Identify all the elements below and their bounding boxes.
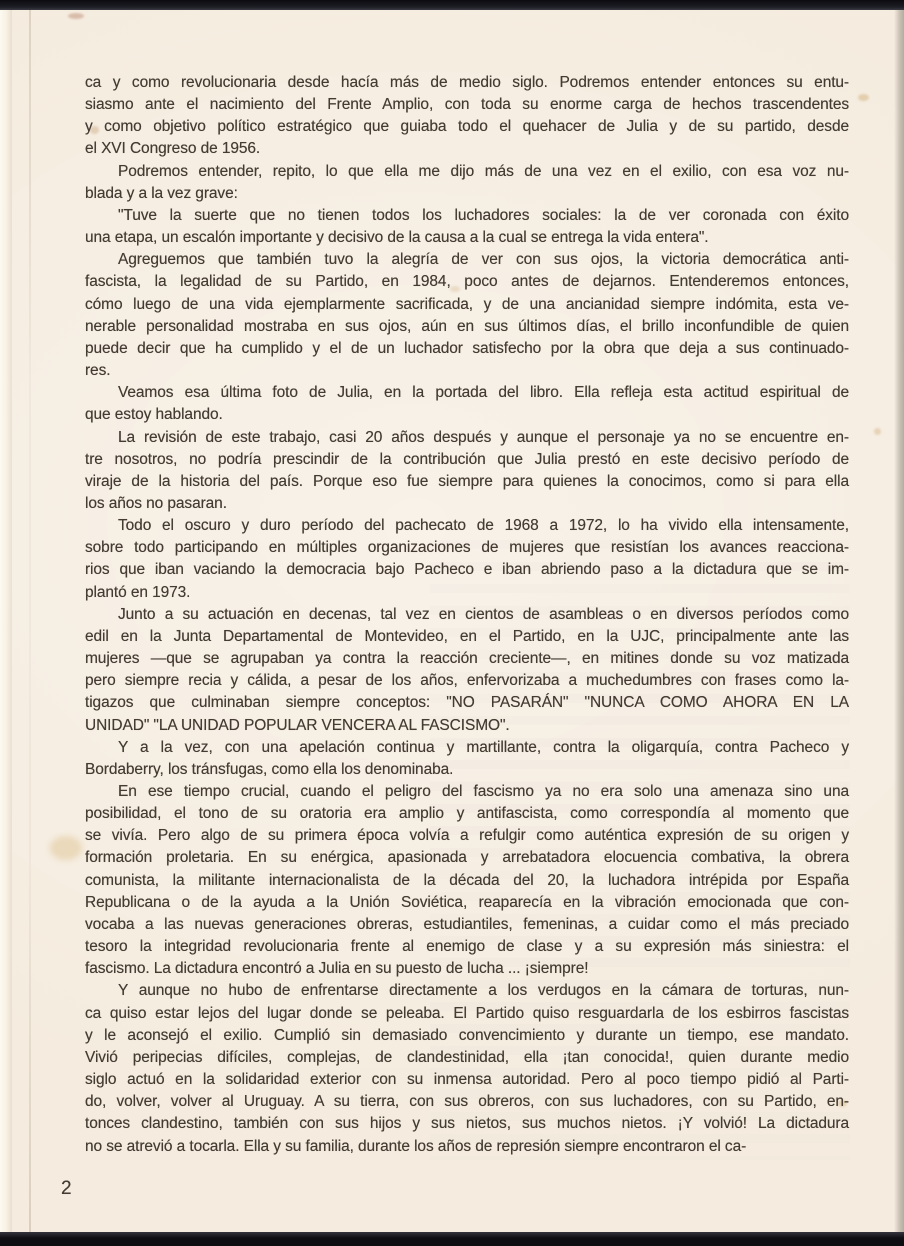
body-text: ca y como revolucionaria desde hacía más… (85, 72, 849, 1158)
page-number: 2 (61, 1178, 72, 1200)
text-line: no se atrevió a tocarla. Ella y su famil… (85, 1136, 849, 1158)
text-line: fascismo. La dictadura encontró a Julia … (85, 958, 849, 980)
text-line: formación proletaria. En su enérgica, ap… (85, 847, 849, 869)
text-line: siasmo ante el nacimiento del Frente Amp… (85, 94, 849, 116)
text-line: tonces clandestino, también con sus hijo… (85, 1113, 849, 1135)
text-line: plantó en 1973. (85, 582, 849, 604)
text-line: sobre todo participando en múltiples org… (85, 537, 849, 559)
stain (50, 836, 82, 860)
text-line: La revisión de este trabajo, casi 20 año… (85, 427, 849, 449)
text-line: blada y a la vez grave: (85, 183, 849, 205)
paragraph: En ese tiempo crucial, cuando el peligro… (85, 781, 849, 980)
text-line: Vivió peripecias difíciles, complejas, d… (85, 1047, 849, 1069)
paragraph: Y aunque no hubo de enfrentarse directam… (85, 980, 849, 1157)
text-line: posibilidad, el tono de su oratoria era … (85, 803, 849, 825)
paragraph: Junto a su actuación en decenas, tal vez… (85, 604, 849, 737)
text-line: pero siempre recia y cálida, a pesar de … (85, 670, 849, 692)
text-line: Podremos entender, repito, lo que ella m… (85, 161, 849, 183)
text-line: tesoro la integridad revolucionaria fren… (85, 936, 849, 958)
stain (874, 428, 881, 435)
text-line: ca y como revolucionaria desde hacía más… (85, 72, 849, 94)
text-line: ca quiso estar lejos del lugar donde se … (85, 1003, 849, 1025)
text-line: los años no pasaran. (85, 493, 849, 515)
text-line: una etapa, un escalón importante y decis… (85, 227, 849, 249)
text-line: nerable personalidad mostraba en sus ojo… (85, 316, 849, 338)
text-line: vocaba a las nuevas generaciones obreras… (85, 914, 849, 936)
text-line: que estoy hablando. (85, 404, 849, 426)
paragraph: Podremos entender, repito, lo que ella m… (85, 161, 849, 205)
text-line: fascista, la legalidad de su Partido, en… (85, 271, 849, 293)
text-line: Republicana o de la ayuda a la Unión Sov… (85, 892, 849, 914)
stain (858, 94, 869, 101)
text-line: cómo luego de una vida ejemplarmente sac… (85, 294, 849, 316)
text-line: Y aunque no hubo de enfrentarse directam… (85, 980, 849, 1002)
stain (68, 13, 84, 19)
paragraph: ca y como revolucionaria desde hacía más… (85, 72, 849, 161)
text-line: res. (85, 360, 849, 382)
text-line: "Tuve la suerte que no tienen todos los … (85, 205, 849, 227)
text-line: y como objetivo político estratégico que… (85, 116, 849, 138)
page-gutter-crease (29, 10, 31, 1232)
scanned-page: ca y como revolucionaria desde hacía más… (0, 0, 904, 1246)
scan-right-edge (894, 10, 904, 1232)
text-line: En ese tiempo crucial, cuando el peligro… (85, 781, 849, 803)
text-line: Agreguemos que también tuvo la alegría d… (85, 249, 849, 271)
text-line: Junto a su actuación en decenas, tal vez… (85, 604, 849, 626)
text-line: viraje de la historia del país. Porque e… (85, 471, 849, 493)
text-line: UNIDAD" "LA UNIDAD POPULAR VENCERA AL FA… (85, 715, 849, 737)
text-line: rios que iban vaciando la democracia baj… (85, 559, 849, 581)
text-line: siglo actuó en la solidaridad exterior c… (85, 1069, 849, 1091)
text-line: comunista, la militante internacionalist… (85, 870, 849, 892)
text-line: tigazos que culminaban siempre conceptos… (85, 692, 849, 714)
text-line: tre nosotros, no podría prescindir de la… (85, 449, 849, 471)
text-line: Y a la vez, con una apelación continua y… (85, 737, 849, 759)
paragraph: Veamos esa última foto de Julia, en la p… (85, 382, 849, 426)
text-line: puede decir que ha cumplido y el de un l… (85, 338, 849, 360)
paragraph: Agreguemos que también tuvo la alegría d… (85, 249, 849, 382)
text-line: Bordaberry, los tránsfugas, como ella lo… (85, 759, 849, 781)
scan-top-edge (0, 0, 904, 10)
text-line: y le aconsejó el exilio. Cumplió sin dem… (85, 1025, 849, 1047)
text-line: se vivía. Pero algo de su primera época … (85, 825, 849, 847)
text-line: mujeres —que se agrupaban ya contra la r… (85, 648, 849, 670)
text-line: Veamos esa última foto de Julia, en la p… (85, 382, 849, 404)
text-line: Todo el oscuro y duro período del pachec… (85, 515, 849, 537)
text-line: edil en la Junta Departamental de Montev… (85, 626, 849, 648)
paragraph: La revisión de este trabajo, casi 20 año… (85, 427, 849, 516)
paragraph: "Tuve la suerte que no tienen todos los … (85, 205, 849, 249)
scan-left-edge (0, 10, 12, 1232)
scan-bottom-edge (0, 1232, 904, 1246)
paragraph: Todo el oscuro y duro período del pachec… (85, 515, 849, 604)
paragraph: Y a la vez, con una apelación continua y… (85, 737, 849, 781)
text-line: do, volver, volver al Uruguay. A su tier… (85, 1091, 849, 1113)
text-line: el XVI Congreso de 1956. (85, 138, 849, 160)
